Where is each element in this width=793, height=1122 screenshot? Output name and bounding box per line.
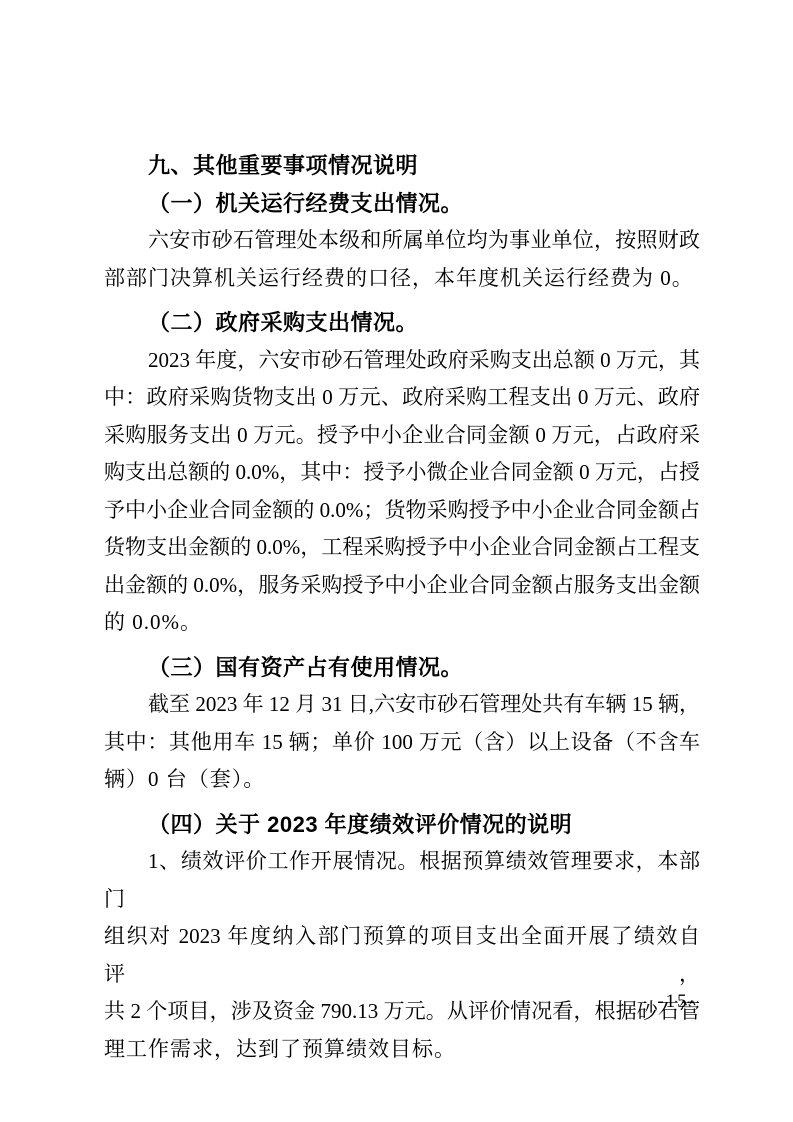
paragraph: 2023 年度，六安市砂石管理处政府采购支出总额 0 万元，其中：政府采购货物支… bbox=[104, 342, 700, 642]
paragraph-line: 共 2 个项目，涉及资金 790.13 万元。从评价情况看，根据砂石管 bbox=[104, 993, 700, 1031]
paragraph-line: 其中：其他用车 15 辆；单价 100 万元（含）以上设备（不含车 bbox=[104, 724, 700, 762]
paragraph-line: 的 0.0%。 bbox=[104, 604, 700, 642]
section-title: （三）国有资产占有使用情况。 bbox=[148, 649, 700, 687]
paragraph-line: 部部门决算机关运行经费的口径，本年度机关运行经费为 0。 bbox=[104, 260, 700, 298]
paragraph-line: 组织对 2023 年度纳入部门预算的项目支出全面开展了绩效自评， bbox=[104, 918, 700, 993]
paragraph-line: 购支出总额的 0.0%，其中：授予小微企业合同金额 0 万元，占授 bbox=[104, 454, 700, 492]
paragraph-line: 截至 2023 年 12 月 31 日,六安市砂石管理处共有车辆 15 辆， bbox=[104, 686, 700, 724]
paragraph-line: 六安市砂石管理处本级和所属单位均为事业单位，按照财政 bbox=[104, 222, 700, 260]
paragraph-line: 1、绩效评价工作开展情况。根据预算绩效管理要求，本部门 bbox=[104, 843, 700, 918]
paragraph-line: 2023 年度，六安市砂石管理处政府采购支出总额 0 万元，其 bbox=[104, 342, 700, 380]
paragraph-line: 中：政府采购货物支出 0 万元、政府采购工程支出 0 万元、政府 bbox=[104, 379, 700, 417]
section-title: （四）关于 2023 年度绩效评价情况的说明 bbox=[148, 806, 700, 844]
paragraph-line: 予中小企业合同金额的 0.0%；货物采购授予中小企业合同金额占 bbox=[104, 492, 700, 530]
paragraph-line: 出金额的 0.0%，服务采购授予中小企业合同金额占服务支出金额 bbox=[104, 567, 700, 605]
paragraph-line: 采购服务支出 0 万元。授予中小企业合同金额 0 万元，占政府采 bbox=[104, 417, 700, 455]
document-content: 九、其他重要事项情况说明 （一）机关运行经费支出情况。六安市砂石管理处本级和所属… bbox=[104, 147, 700, 1068]
section-title: （二）政府采购支出情况。 bbox=[148, 304, 700, 342]
sections-container: （一）机关运行经费支出情况。六安市砂石管理处本级和所属单位均为事业单位，按照财政… bbox=[104, 185, 700, 1069]
section-title: （一）机关运行经费支出情况。 bbox=[148, 185, 700, 223]
page-title: 九、其他重要事项情况说明 bbox=[148, 147, 700, 185]
paragraph-line: 理工作需求，达到了预算绩效目标。 bbox=[104, 1031, 700, 1069]
paragraph: 截至 2023 年 12 月 31 日,六安市砂石管理处共有车辆 15 辆，其中… bbox=[104, 686, 700, 799]
paragraph-line: 辆）0 台（套）。 bbox=[104, 761, 700, 799]
paragraph-line: 货物支出金额的 0.0%，工程采购授予中小企业合同金额占工程支 bbox=[104, 529, 700, 567]
page-number: -15- bbox=[657, 992, 697, 1012]
paragraph: 六安市砂石管理处本级和所属单位均为事业单位，按照财政部部门决算机关运行经费的口径… bbox=[104, 222, 700, 297]
document-page: 九、其他重要事项情况说明 （一）机关运行经费支出情况。六安市砂石管理处本级和所属… bbox=[0, 0, 793, 1122]
paragraph: 1、绩效评价工作开展情况。根据预算绩效管理要求，本部门组织对 2023 年度纳入… bbox=[104, 843, 700, 1068]
